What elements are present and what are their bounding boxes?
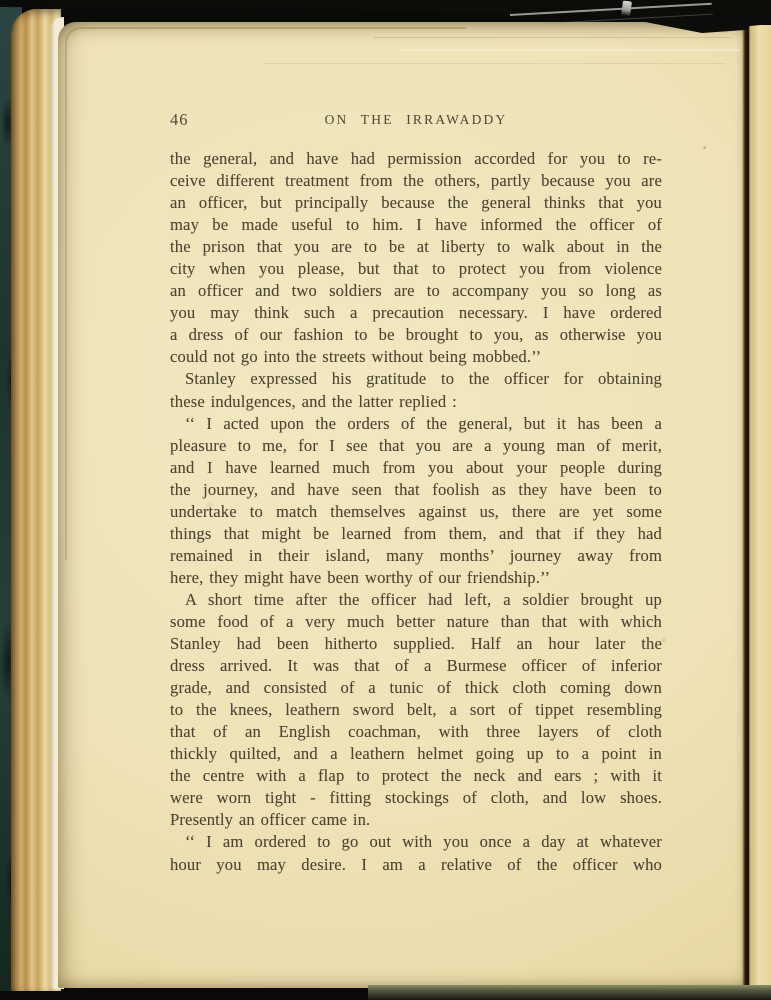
background-bottom-strip xyxy=(0,991,382,1000)
text-line: could not go into the streets without be… xyxy=(170,346,662,368)
body-text: the general, and have had permission acc… xyxy=(170,148,662,876)
page-edge-streak xyxy=(264,63,725,64)
page-header: 46 ON THE IRRAWADDY xyxy=(170,110,662,132)
text-line: an officer, but principally because the … xyxy=(170,192,662,214)
book-page: 46 ON THE IRRAWADDY the general, and hav… xyxy=(58,22,746,988)
text-line: an officer and two soldiers are to accom… xyxy=(170,280,662,302)
book-cradle-edge xyxy=(368,985,771,1000)
text-line: to the knees, leathern sword belt, a sor… xyxy=(170,699,662,721)
text-line: the centre with a flap to protect the ne… xyxy=(170,765,662,787)
page-edge-streak xyxy=(402,49,739,51)
text-line: undertake to match themselves against us… xyxy=(170,501,662,523)
text-line: city when you please, but that to protec… xyxy=(170,258,662,280)
text-line: these indulgences, and the latter replie… xyxy=(170,391,662,413)
text-line: remained in their island, many months’ j… xyxy=(170,545,662,567)
text-line: A short time after the officer had left,… xyxy=(170,589,662,611)
text-line: pleasure to me, for I see that you are a… xyxy=(170,435,662,457)
text-line: the prison that you are to be at liberty… xyxy=(170,236,662,258)
text-line: ‘‘ I am ordered to go out with you once … xyxy=(170,831,662,853)
book-scan-photo: 46 ON THE IRRAWADDY the general, and hav… xyxy=(0,0,771,1000)
text-line: ceive different treatment from the other… xyxy=(170,170,662,192)
text-line: here, they might have been worthy of our… xyxy=(170,567,662,589)
text-line: Presently an officer came in. xyxy=(170,809,662,831)
facing-page-edge xyxy=(749,25,771,988)
text-line: Stanley expressed his gratitude to the o… xyxy=(170,368,662,390)
text-line: thickly quilted, and a leathern helmet g… xyxy=(170,743,662,765)
text-line: a dress of our fashion to be brought to … xyxy=(170,324,662,346)
text-line: were worn tight - fitting stockings of c… xyxy=(170,787,662,809)
text-line: things that might be learned from them, … xyxy=(170,523,662,545)
text-line: and I have learned much from you about y… xyxy=(170,457,662,479)
gutter-shadow xyxy=(742,27,750,986)
text-line: hour you may desire. I am a relative of … xyxy=(170,854,662,876)
text-line: may be made useful to him. I have inform… xyxy=(170,214,662,236)
text-line: grade, and consisted of a tunic of thick… xyxy=(170,677,662,699)
text-line: Stanley had been hitherto supplied. Half… xyxy=(170,633,662,655)
text-line: the general, and have had permission acc… xyxy=(170,148,662,170)
page-edge-streak xyxy=(374,37,732,38)
text-line: you may think such a precaution necessar… xyxy=(170,302,662,324)
text-line: dress arrived. It was that of a Burmese … xyxy=(170,655,662,677)
text-line: the journey, and have seen that foolish … xyxy=(170,479,662,501)
text-line: some food of a very much better nature t… xyxy=(170,611,662,633)
text-line: ‘‘ I acted upon the orders of the genera… xyxy=(170,413,662,435)
running-title: ON THE IRRAWADDY xyxy=(170,112,662,128)
text-line: that of an English coachman, with three … xyxy=(170,721,662,743)
